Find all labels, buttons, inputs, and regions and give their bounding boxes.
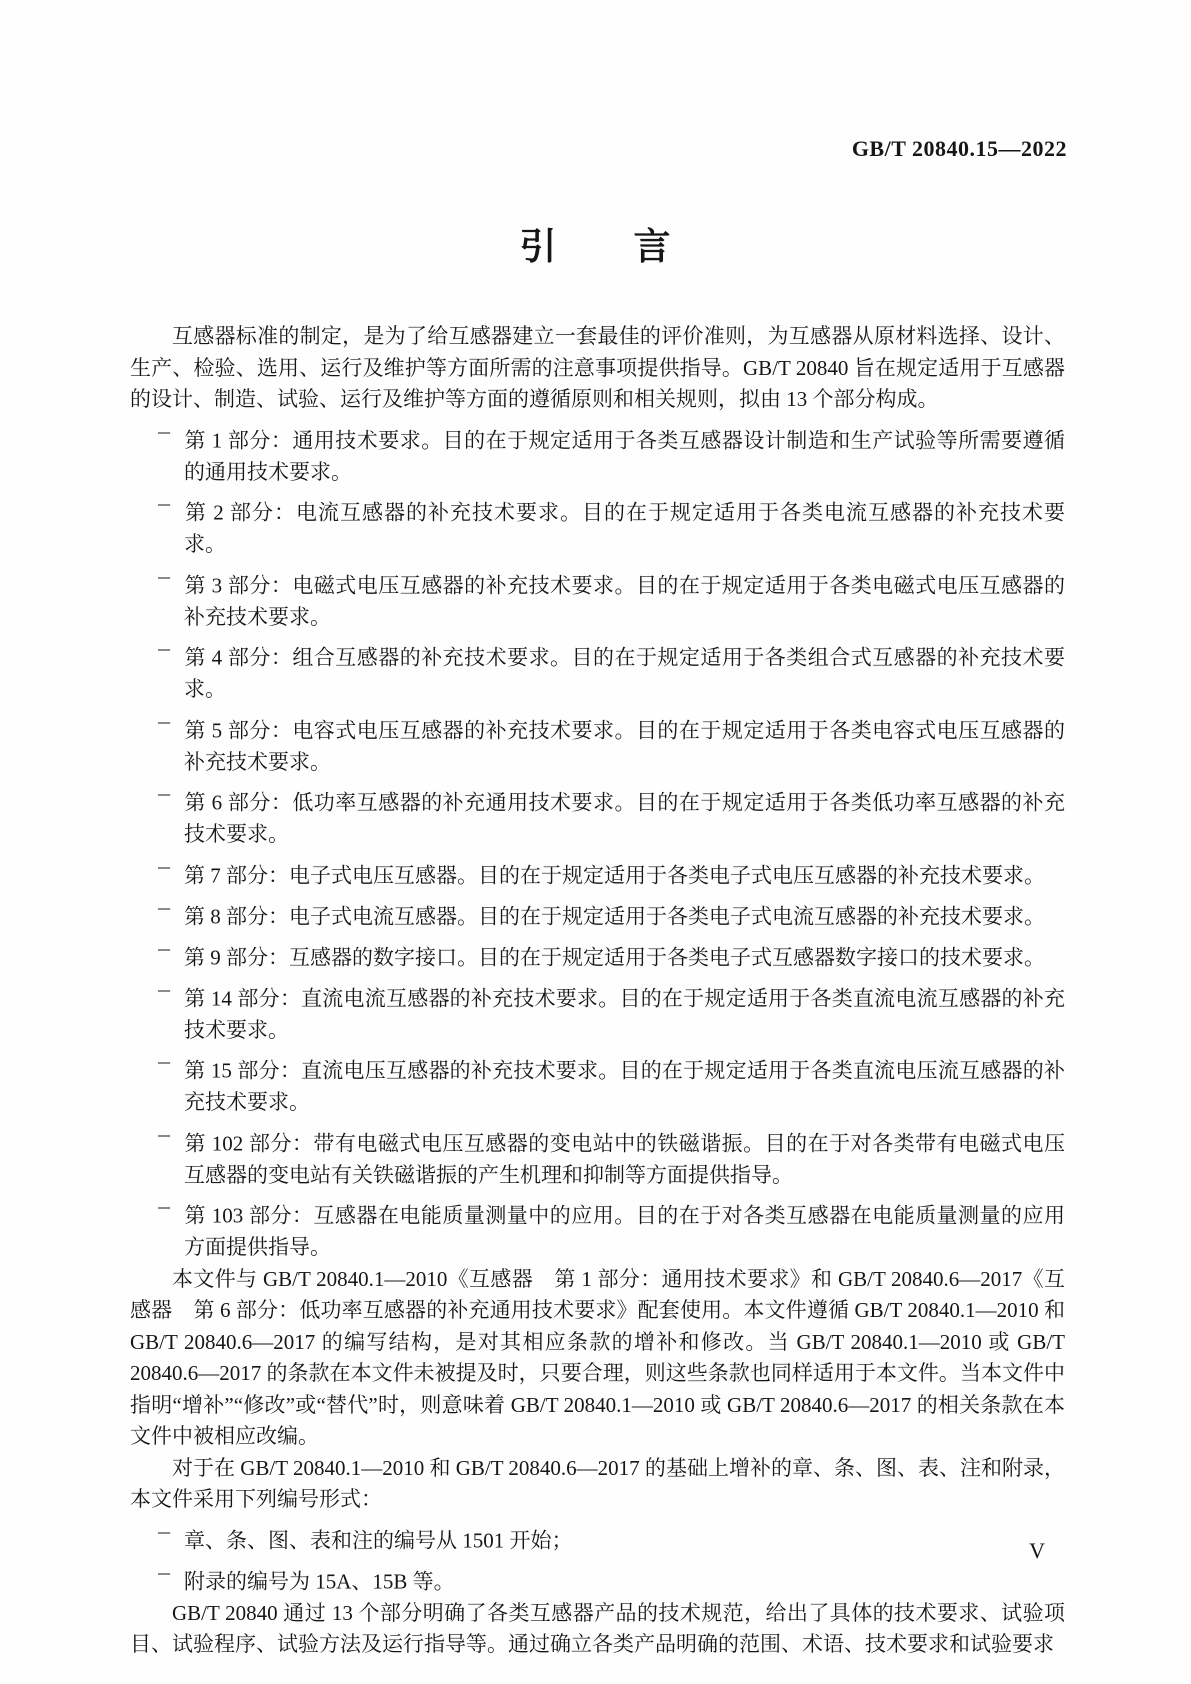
part-item-text: 第 8 部分：电子式电流互感器。目的在于规定适用于各类电子式电流互感器的补充技术… xyxy=(184,904,1045,928)
em-dash: —— xyxy=(158,892,184,924)
part-item: ——第 2 部分：电流互感器的补充技术要求。目的在于规定适用于各类电流互感器的补… xyxy=(130,488,1065,561)
numbering-rule-item: ——附录的编号为 15A、15B 等。 xyxy=(130,1557,1065,1598)
em-dash: —— xyxy=(158,1191,184,1223)
standard-number-header: GB/T 20840.15—2022 xyxy=(852,136,1067,162)
em-dash: —— xyxy=(158,1516,184,1548)
numbering-rule-item-text: 附录的编号为 15A、15B 等。 xyxy=(184,1569,455,1593)
part-item-text: 第 2 部分：电流互感器的补充技术要求。目的在于规定适用于各类电流互感器的补充技… xyxy=(184,501,1065,557)
part-item-text: 第 7 部分：电子式电压互感器。目的在于规定适用于各类电子式电压互感器的补充技术… xyxy=(184,863,1045,887)
part-item: ——第 6 部分：低功率互感器的补充通用技术要求。目的在于规定适用于各类低功率互… xyxy=(130,778,1065,851)
em-dash: —— xyxy=(158,778,184,810)
part-item-text: 第 3 部分：电磁式电压互感器的补充技术要求。目的在于规定适用于各类电磁式电压互… xyxy=(184,573,1065,629)
parts-list: ——第 1 部分：通用技术要求。目的在于规定适用于各类互感器设计制造和生产试验等… xyxy=(130,416,1065,1264)
numbering-rule-item-text: 章、条、图、表和注的编号从 1501 开始； xyxy=(184,1528,573,1552)
em-dash: —— xyxy=(158,706,184,738)
em-dash: —— xyxy=(158,933,184,965)
intro-paragraph-closing: GB/T 20840 通过 13 个部分明确了各类互感器产品的技术规范，给出了具… xyxy=(130,1598,1065,1661)
document-page: GB/T 20840.15—2022 引 言 互感器标准的制定，是为了给互感器建… xyxy=(0,0,1191,1684)
page-title: 引 言 xyxy=(0,216,1191,270)
part-item: ——第 103 部分：互感器在电能质量测量中的应用。目的在于对各类互感器在电能质… xyxy=(130,1191,1065,1264)
part-item: ——第 4 部分：组合互感器的补充技术要求。目的在于规定适用于各类组合式互感器的… xyxy=(130,633,1065,706)
em-dash: —— xyxy=(158,416,184,448)
part-item: ——第 102 部分：带有电磁式电压互感器的变电站中的铁磁谐振。目的在于对各类带… xyxy=(130,1119,1065,1192)
part-item: ——第 9 部分：互感器的数字接口。目的在于规定适用于各类电子式互感器数字接口的… xyxy=(130,933,1065,974)
part-item: ——第 5 部分：电容式电压互感器的补充技术要求。目的在于规定适用于各类电容式电… xyxy=(130,706,1065,779)
part-item: ——第 15 部分：直流电压互感器的补充技术要求。目的在于规定适用于各类直流电压… xyxy=(130,1046,1065,1119)
intro-paragraph-numbering: 对于在 GB/T 20840.1—2010 和 GB/T 20840.6—201… xyxy=(130,1453,1065,1516)
part-item-text: 第 6 部分：低功率互感器的补充通用技术要求。目的在于规定适用于各类低功率互感器… xyxy=(184,791,1065,847)
em-dash: —— xyxy=(158,561,184,593)
part-item-text: 第 102 部分：带有电磁式电压互感器的变电站中的铁磁谐振。目的在于对各类带有电… xyxy=(184,1131,1065,1187)
page-number: V xyxy=(1029,1538,1045,1564)
em-dash: —— xyxy=(158,851,184,883)
document-body: 互感器标准的制定，是为了给互感器建立一套最佳的评价准则，为互感器从原材料选择、设… xyxy=(130,321,1065,1661)
em-dash: —— xyxy=(158,633,184,665)
numbering-rule-item: ——章、条、图、表和注的编号从 1501 开始； xyxy=(130,1516,1065,1557)
part-item: ——第 14 部分：直流电流互感器的补充技术要求。目的在于规定适用于各类直流电流… xyxy=(130,974,1065,1047)
part-item-text: 第 14 部分：直流电流互感器的补充技术要求。目的在于规定适用于各类直流电流互感… xyxy=(184,986,1065,1042)
part-item: ——第 3 部分：电磁式电压互感器的补充技术要求。目的在于规定适用于各类电磁式电… xyxy=(130,561,1065,634)
part-item: ——第 1 部分：通用技术要求。目的在于规定适用于各类互感器设计制造和生产试验等… xyxy=(130,416,1065,489)
part-item-text: 第 15 部分：直流电压互感器的补充技术要求。目的在于规定适用于各类直流电压流互… xyxy=(184,1059,1065,1115)
em-dash: —— xyxy=(158,974,184,1006)
part-item: ——第 7 部分：电子式电压互感器。目的在于规定适用于各类电子式电压互感器的补充… xyxy=(130,851,1065,892)
em-dash: —— xyxy=(158,1557,184,1589)
part-item-text: 第 103 部分：互感器在电能质量测量中的应用。目的在于对各类互感器在电能质量测… xyxy=(184,1204,1065,1260)
numbering-rules-list: ——章、条、图、表和注的编号从 1501 开始；——附录的编号为 15A、15B… xyxy=(130,1516,1065,1598)
em-dash: —— xyxy=(158,1119,184,1151)
part-item-text: 第 1 部分：通用技术要求。目的在于规定适用于各类互感器设计制造和生产试验等所需… xyxy=(184,428,1065,484)
intro-paragraph-overview: 互感器标准的制定，是为了给互感器建立一套最佳的评价准则，为互感器从原材料选择、设… xyxy=(130,321,1065,416)
part-item-text: 第 5 部分：电容式电压互感器的补充技术要求。目的在于规定适用于各类电容式电压互… xyxy=(184,718,1065,774)
em-dash: —— xyxy=(158,488,184,520)
em-dash: —— xyxy=(158,1046,184,1078)
part-item-text: 第 9 部分：互感器的数字接口。目的在于规定适用于各类电子式互感器数字接口的技术… xyxy=(184,945,1045,969)
part-item-text: 第 4 部分：组合互感器的补充技术要求。目的在于规定适用于各类组合式互感器的补充… xyxy=(184,646,1065,702)
intro-paragraph-relationship: 本文件与 GB/T 20840.1—2010《互感器 第 1 部分：通用技术要求… xyxy=(130,1264,1065,1453)
part-item: ——第 8 部分：电子式电流互感器。目的在于规定适用于各类电子式电流互感器的补充… xyxy=(130,892,1065,933)
